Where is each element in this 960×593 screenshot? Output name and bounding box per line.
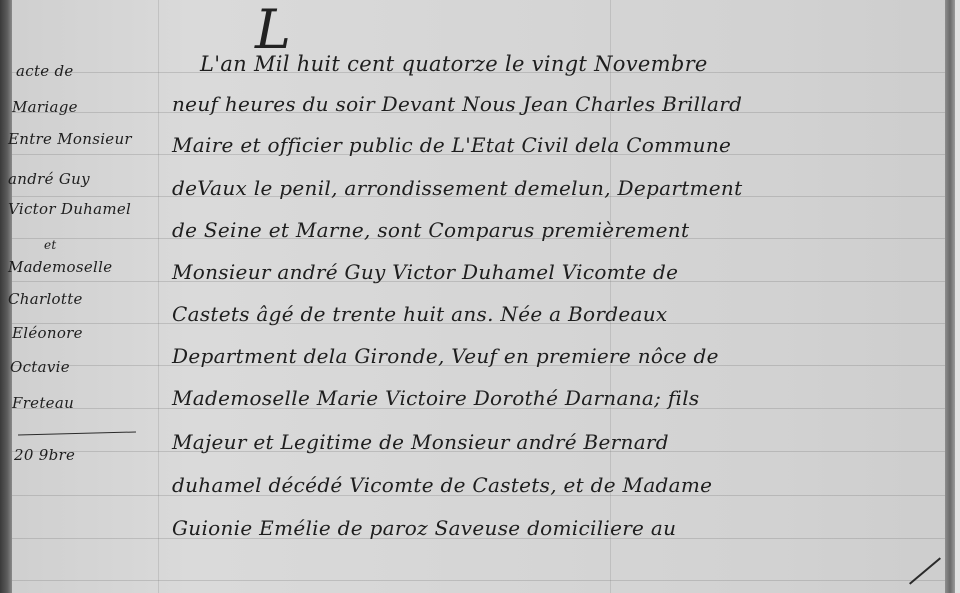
margin-note: Octavie: [10, 358, 70, 376]
ruled-line: [12, 580, 945, 581]
record-line: Department dela Gironde, Veuf en premier…: [172, 344, 719, 368]
record-line: L'an Mil huit cent quatorze le vingt Nov…: [200, 52, 708, 76]
right-binding-edge: [945, 0, 955, 593]
record-line: deVaux le penil, arrondissement demelun,…: [172, 176, 742, 200]
margin-note: Mariage: [12, 98, 78, 116]
document-scan: L acte de Mariage Entre Monsieur andré G…: [0, 0, 960, 593]
margin-note: Charlotte: [8, 290, 83, 308]
margin-note: Mademoselle: [8, 258, 112, 276]
margin-note: andré Guy: [8, 170, 90, 188]
record-line: Monsieur andré Guy Victor Duhamel Vicomt…: [172, 260, 678, 284]
margin-note: Freteau: [12, 394, 74, 412]
margin-note-date: 20 9bre: [14, 446, 75, 464]
record-line: duhamel décédé Vicomte de Castets, et de…: [172, 473, 712, 497]
record-line: de Seine et Marne, sont Comparus premièr…: [172, 218, 689, 242]
margin-rule: [158, 0, 159, 593]
record-line: Maire et officier public de L'Etat Civil…: [172, 133, 731, 157]
record-line: Guionie Emélie de paroz Saveuse domicili…: [172, 516, 676, 540]
margin-note: Victor Duhamel: [8, 200, 131, 218]
page-right-edge: [955, 0, 960, 593]
column-rule: [610, 0, 611, 593]
record-line: Majeur et Legitime de Monsieur andré Ber…: [172, 430, 669, 454]
margin-note: Entre Monsieur: [8, 130, 132, 148]
record-line: neuf heures du soir Devant Nous Jean Cha…: [172, 92, 742, 116]
record-line: Castets âgé de trente huit ans. Née a Bo…: [172, 302, 667, 326]
record-line: Mademoselle Marie Victoire Dorothé Darna…: [172, 386, 699, 410]
margin-note: acte de: [16, 62, 74, 80]
margin-separator-line: [18, 431, 136, 435]
margin-note: Eléonore: [12, 324, 83, 342]
margin-note: et: [44, 238, 57, 252]
